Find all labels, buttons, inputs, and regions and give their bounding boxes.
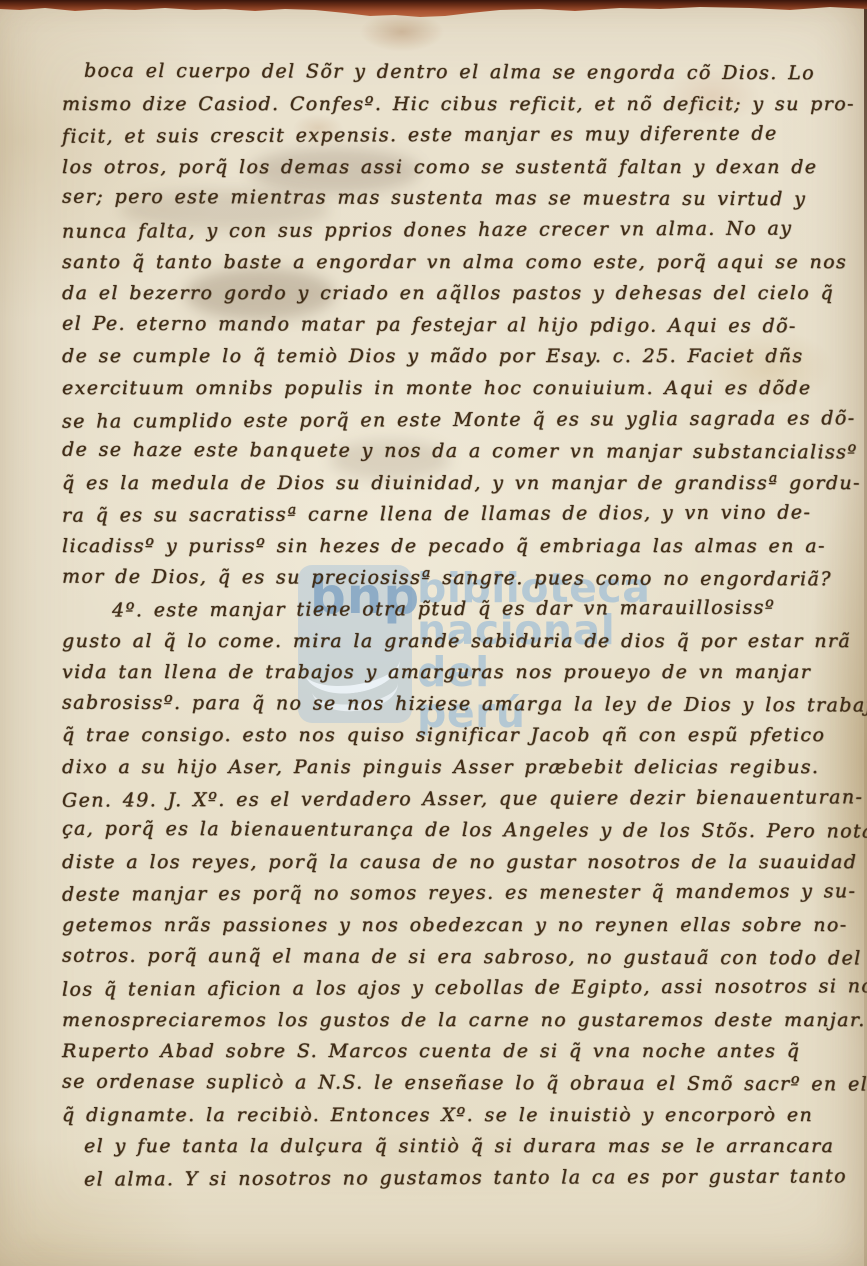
manuscript-line: el y fue tanta la dulçura q̃ sintiò q̃ s… [62, 1131, 834, 1163]
manuscript-line: ra q̃ es su sacratissª carne llena de ll… [62, 498, 834, 533]
manuscript-line: q̃ dignamte. la recibiò. Entonces Xº. se… [62, 1100, 834, 1132]
page-top-edge [0, 0, 867, 18]
manuscript-line: deste manjar es porq̃ no somos reyes. es… [62, 877, 834, 912]
manuscript-line: 4º. este manjar tiene otra p̃tud q̃ es d… [62, 592, 834, 627]
manuscript-line: los otros, porq̃ los demas assi como se … [62, 152, 834, 184]
manuscript-line: ser; pero este mientras mas sustenta mas… [62, 182, 834, 216]
manuscript-line: el Pe. eterno mando matar pa festejar al… [62, 308, 834, 342]
manuscript-line: Gen. 49. J. Xº. es el verdadero Asser, q… [62, 782, 834, 817]
manuscript-line: dixo a su hijo Aser, Panis pinguis Asser… [62, 752, 834, 784]
manuscript-line: gusto al q̃ lo come. mira la grande sabi… [62, 626, 834, 658]
manuscript-line: exercituum omnibs populis in monte hoc c… [62, 373, 834, 405]
manuscript-line: ficit, et suis crescit expensis. este ma… [62, 119, 834, 154]
manuscript-line: de se cumple lo q̃ temiò Dios y mãdo por… [62, 341, 834, 373]
manuscript-line: licadissº y purissº sin hezes de pecado … [62, 531, 834, 563]
manuscript-line: getemos nrãs passiones y nos obedezcan y… [62, 910, 834, 942]
manuscript-line: mor de Dios, q̃ es su preciosissª sangre… [62, 561, 834, 595]
manuscript-line: q̃ trae consigo. esto nos quiso signific… [62, 720, 834, 752]
manuscript-line: sotros. porq̃ aunq̃ el mana de si era sa… [62, 940, 834, 974]
manuscript-line: mismo dize Casiod. Confesº. Hic cibus re… [62, 89, 834, 121]
manuscript-line: menospreciaremos los gustos de la carne … [62, 1005, 834, 1037]
manuscript-line: santo q̃ tanto baste a engordar vn alma … [62, 247, 834, 279]
manuscript-line: sabrosissº. para q̃ no se nos hiziese am… [62, 688, 834, 722]
manuscript-line: vida tan llena de trabajos y amarguras n… [62, 657, 834, 689]
manuscript-line: q̃ es la medula de Dios su diuinidad, y … [62, 468, 834, 500]
manuscript-line: de se haze este banquete y nos da a come… [62, 435, 834, 469]
manuscript-line: se ordenase suplicò a N.S. le enseñase l… [62, 1067, 834, 1101]
manuscript-line: da el bezerro gordo y criado en aq̃llos … [62, 278, 834, 310]
manuscript-line: nunca falta, y con sus pprios dones haze… [62, 213, 834, 248]
manuscript-line: se ha cumplido este porq̃ en este Monte … [62, 403, 834, 438]
manuscript-line: Ruperto Abad sobre S. Marcos cuenta de s… [62, 1036, 834, 1068]
manuscript-line: los q̃ tenian aficion a los ajos y cebol… [62, 972, 834, 1007]
manuscript-line: ça, porq̃ es la bienauenturança de los A… [62, 814, 834, 848]
manuscript-line: el alma. Y si nosotros no gustamos tanto… [62, 1161, 834, 1196]
manuscript-line: diste a los reyes, porq̃ la causa de no … [62, 847, 834, 879]
manuscript-page: bnp biblioteca nacional del perú boca el… [0, 0, 867, 1266]
manuscript-text: boca el cuerpo del Sõr y dentro el alma … [62, 57, 834, 1194]
manuscript-line: boca el cuerpo del Sõr y dentro el alma … [62, 56, 834, 90]
